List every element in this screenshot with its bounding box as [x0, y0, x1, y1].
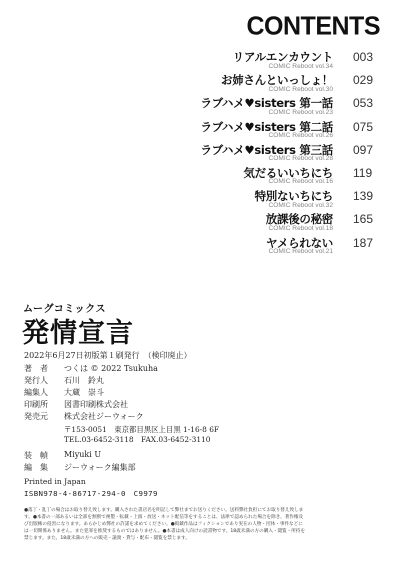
toc-entry[interactable]: リアルエンカウント 003 COMIC Reboot vol.34 [150, 49, 390, 72]
toc-entry-page: 187 [353, 236, 373, 250]
toc-entry-source: COMIC Reboot vol.16 [269, 178, 334, 185]
credit-value: 石川 鈴丸 [64, 375, 104, 386]
toc-entry-source: COMIC Reboot vol.26 [269, 132, 334, 139]
toc-entry[interactable]: ラブハメ♥sisters 第三話 097 COMIC Reboot vol.28 [150, 142, 390, 165]
toc-entry[interactable]: 特別ないちにち 139 COMIC Reboot vol.32 [150, 188, 390, 211]
credit-publisher: 発行人 石川 鈴丸 [24, 375, 64, 386]
credit-printer: 印刷所 図書印刷株式会社 [24, 399, 64, 410]
credit-value: Miyuki U [64, 450, 101, 459]
toc-entry-source: COMIC Reboot vol.23 [269, 109, 334, 116]
credit-value: 大蔵 崇斗 [64, 387, 104, 398]
toc-entry-source: COMIC Reboot vol.34 [269, 63, 334, 70]
contents-heading: CONTENTS [246, 11, 380, 41]
toc-entry-page: 053 [353, 96, 373, 110]
credit-label: 発売元 [24, 411, 64, 422]
toc-entry-page: 029 [353, 73, 373, 87]
credit-editing: 編 集 ジーウォーク編集部 [24, 462, 64, 473]
credit-label: 印刷所 [24, 399, 64, 410]
table-of-contents: リアルエンカウント 003 COMIC Reboot vol.34 お姉さんとい… [150, 49, 390, 258]
credit-label: 発行人 [24, 375, 64, 386]
book-title: 発情宣言 [22, 311, 134, 350]
credit-design: 装 幀 Miyuki U [24, 450, 64, 461]
printed-in: Printed in Japan [24, 477, 86, 486]
toc-entry-page: 165 [353, 212, 373, 226]
toc-entry[interactable]: ラブハメ♥sisters 第一話 053 COMIC Reboot vol.23 [150, 95, 390, 118]
publication-date: 2022年6月27日初版第１刷発行 （検印廃止） [24, 350, 192, 361]
toc-entry-source: COMIC Reboot vol.30 [269, 86, 334, 93]
toc-entry-source: COMIC Reboot vol.32 [269, 202, 334, 209]
toc-entry[interactable]: 放課後の秘密 165 COMIC Reboot vol.18 [150, 211, 390, 234]
toc-entry-page: 139 [353, 189, 373, 203]
toc-entry-source: COMIC Reboot vol.28 [269, 155, 334, 162]
credit-editor: 編集人 大蔵 崇斗 [24, 387, 64, 398]
legal-notice: ●落丁・乱丁の場合はお取り替え致します。購入された書店名を明記して弊社までお送り… [24, 507, 306, 542]
isbn: ISBN978-4-86717-294-0 C9979 [24, 488, 158, 499]
toc-entry[interactable]: ラブハメ♥sisters 第二話 075 COMIC Reboot vol.26 [150, 119, 390, 142]
credit-value: ジーウォーク編集部 [64, 462, 136, 473]
credit-label: 著 者 [24, 363, 64, 374]
credit-value: 図書印刷株式会社 [64, 399, 128, 410]
credit-label: 編集人 [24, 387, 64, 398]
credit-label: 装 幀 [24, 450, 64, 461]
credit-value: つくは © 2022 Tsukuha [64, 363, 158, 374]
toc-entry-page: 075 [353, 120, 373, 134]
toc-entry-page: 097 [353, 143, 373, 157]
credit-distributor: 発売元 株式会社ジーウォーク [24, 411, 64, 422]
toc-entry[interactable]: ヤメられない 187 COMIC Reboot vol.21 [150, 235, 390, 258]
toc-entry-page: 003 [353, 50, 373, 64]
toc-entry-source: COMIC Reboot vol.21 [269, 248, 334, 255]
credit-author: 著 者 つくは © 2022 Tsukuha [24, 363, 64, 374]
toc-entry-page: 119 [353, 166, 372, 180]
toc-entry[interactable]: 気だるいいちにち 119 COMIC Reboot vol.16 [150, 165, 390, 188]
phone-fax-line: TEL.03-6452-3118 FAX.03-6452-3110 [64, 434, 210, 445]
credit-label: 編 集 [24, 462, 64, 473]
credit-value: 株式会社ジーウォーク [64, 411, 144, 422]
toc-entry[interactable]: お姉さんといっしょ！ 029 COMIC Reboot vol.30 [150, 72, 390, 95]
toc-entry-source: COMIC Reboot vol.18 [269, 225, 334, 232]
